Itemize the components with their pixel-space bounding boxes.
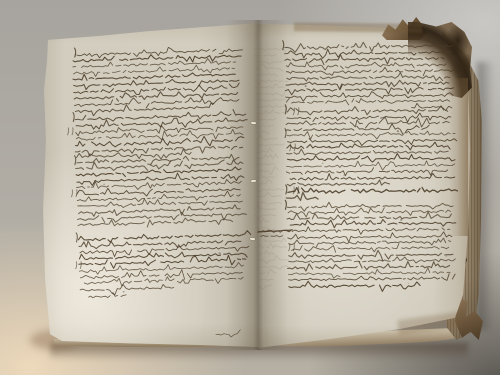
manuscript-left-page (40, 20, 262, 352)
photo-scene: Open late-medieval manuscript volume lyi… (0, 0, 500, 375)
gutter-stitch (251, 180, 256, 182)
gutter-stitch (250, 238, 255, 240)
gutter-stitch (251, 122, 256, 125)
figure-description: Open late-medieval manuscript volume lyi… (0, 0, 1, 1)
top-edge-stain (294, 22, 422, 32)
right-edge-stain (449, 78, 468, 236)
